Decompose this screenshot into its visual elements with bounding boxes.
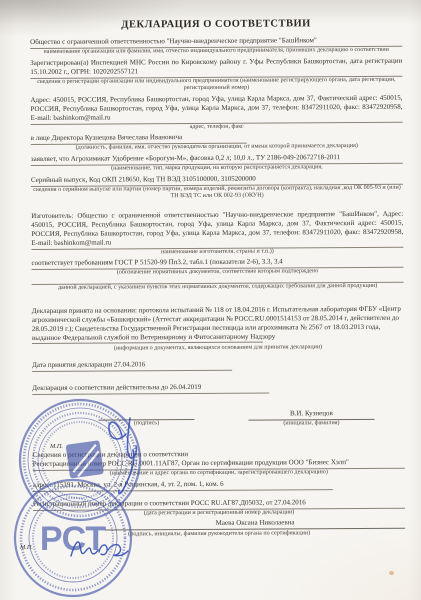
caption-conformity-1: (обозначение нормативных документов, соо…	[32, 268, 404, 278]
field-basis: Декларация принята на основании: протоко…	[32, 304, 404, 342]
field-adoption-date: Дата принятия декларации 27.04.2016	[32, 360, 232, 372]
caption-serial-info: сведения о серийном выпуске или партии (…	[31, 184, 403, 201]
scan-speck	[389, 571, 394, 575]
head-signer-name: Маева Оксана Николаевна	[105, 518, 405, 531]
caption-representative: (должность, фамилия, имя, отчество руков…	[31, 143, 403, 153]
field-registration-info: Зарегистрирован(а) Инспекцией МНС России…	[30, 56, 402, 78]
caption-conformity-2: данной декларацией, с указанием пунктов …	[32, 283, 404, 293]
caption-product-statement: (наименование, тип, марка продукции, на …	[31, 164, 403, 174]
caption-registration-info: сведения о регистрации организации или и…	[30, 76, 402, 93]
caption-declarant-address: адрес, телефон, факс	[31, 123, 403, 133]
caption-signer-name: (инициалы, фамилия)	[248, 420, 374, 428]
page-title: ДЕКЛАРАЦИЯ О СООТВЕТСТВИИ	[30, 18, 402, 31]
head-signer-block: Маева Оксана Николаевна	[105, 518, 405, 531]
field-validity-date-row: Декларация о соответствии действительна …	[32, 382, 404, 395]
field-manufacturer: Изготовитель: Общество с ограниченной от…	[31, 209, 403, 249]
signer-name-block: В.И. Кузнецов (инициалы, фамилия)	[248, 409, 374, 436]
declaration-document: ДЕКЛАРАЦИЯ О СООТВЕТСТВИИ Общество с огр…	[0, 0, 421, 600]
caption-declarant-name: наименование организации или фамилия, им…	[30, 47, 402, 57]
maeva-signature	[68, 534, 132, 562]
caption-basis: (информация о документах, являющихся осн…	[32, 343, 404, 353]
field-validity-date: Декларация о соответствии действительна …	[32, 383, 269, 395]
signer-name: В.И. Кузнецов	[248, 409, 374, 421]
field-declarant-address: Адрес: 450015, РОССИЯ, Республика Башкор…	[30, 94, 402, 125]
caption-manufacturer: наименование изготовителя, страны и т.п.…	[31, 247, 403, 257]
